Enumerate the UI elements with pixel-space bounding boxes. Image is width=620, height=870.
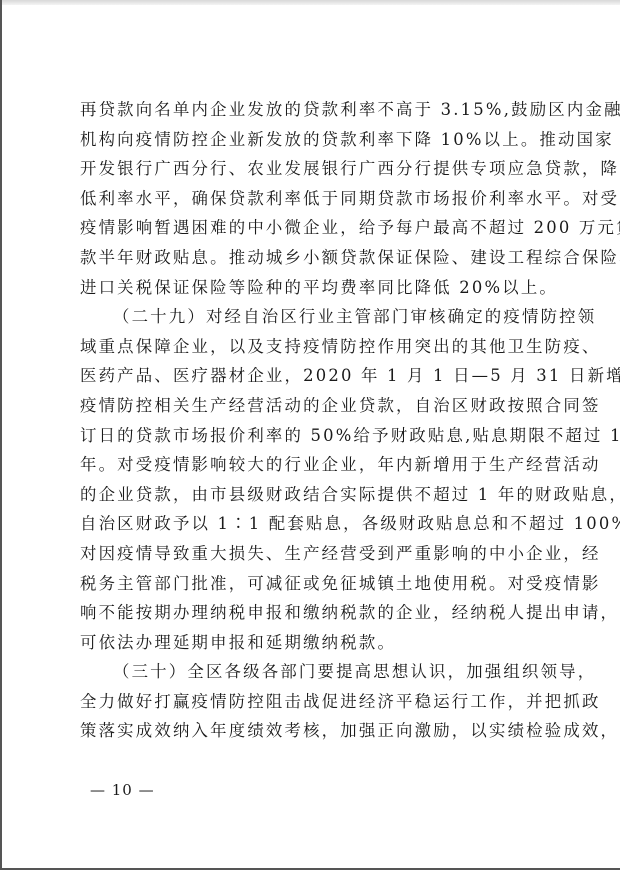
text-line: 域重点保障企业，以及支持疫情防控作用突出的其他卫生防疫、 <box>80 332 550 362</box>
text-line: 再贷款向名单内企业发放的贷款利率不高于 3.15%,鼓励区内金融 <box>80 95 550 125</box>
paragraph-30-first-line: （三十）全区各级各部门要提高思想认识，加强组织领导， <box>80 657 550 687</box>
text-line: 医药产品、医疗器材企业，2020 年 1 月 1 日—5 月 31 日新增用于 <box>80 361 550 391</box>
text-line: 的企业贷款，由市县级财政结合实际提供不超过 1 年的财政贴息， <box>80 480 550 510</box>
text-line: 机构向疫情防控企业新发放的贷款利率下降 10%以上。推动国家 <box>80 125 550 155</box>
top-shadow-bar <box>2 0 620 5</box>
text-line: 年。对受疫情影响较大的行业企业，年内新增用于生产经营活动 <box>80 450 550 480</box>
text-line: 对因疫情导致重大损失、生产经营受到严重影响的中小企业，经 <box>80 539 550 569</box>
text-line: 低利率水平，确保贷款利率低于同期贷款市场报价利率水平。对受 <box>80 184 550 214</box>
text-line: 自治区财政予以 1∶1 配套贴息，各级财政贴息总和不超过 100%。 <box>80 509 550 539</box>
text-line: 订日的贷款市场报价利率的 50%给予财政贴息,贴息期限不超过 1 <box>80 421 550 451</box>
text-line: 开发银行广西分行、农业发展银行广西分行提供专项应急贷款，降 <box>80 154 550 184</box>
text-line: 响不能按期办理纳税申报和缴纳税款的企业，经纳税人提出申请， <box>80 598 550 628</box>
text-line: 税务主管部门批准，可减征或免征城镇土地使用税。对受疫情影 <box>80 569 550 599</box>
document-body: 再贷款向名单内企业发放的贷款利率不高于 3.15%,鼓励区内金融 机构向疫情防控… <box>80 95 550 746</box>
paragraph-29-first-line: （二十九）对经自治区行业主管部门审核确定的疫情防控领 <box>80 302 550 332</box>
text-line: 全力做好打赢疫情防控阻击战促进经济平稳运行工作，并把抓政 <box>80 687 550 717</box>
text-line: 疫情防控相关生产经营活动的企业贷款，自治区财政按照合同签 <box>80 391 550 421</box>
text-line: 款半年财政贴息。推动城乡小额贷款保证保险、建设工程综合保险、 <box>80 243 550 273</box>
text-line: 可依法办理延期申报和延期缴纳税款。 <box>80 628 550 658</box>
text-line: 疫情影响暂遇困难的中小微企业，给予每户最高不超过 200 万元贷 <box>80 213 550 243</box>
text-line: 策落实成效纳入年度绩效考核，加强正向激励，以实绩检验成效， <box>80 716 550 746</box>
page-number: — 10 — <box>90 781 155 799</box>
text-line: 进口关税保证保险等险种的平均费率同比降低 20%以上。 <box>80 273 550 303</box>
document-page: 再贷款向名单内企业发放的贷款利率不高于 3.15%,鼓励区内金融 机构向疫情防控… <box>0 0 620 870</box>
